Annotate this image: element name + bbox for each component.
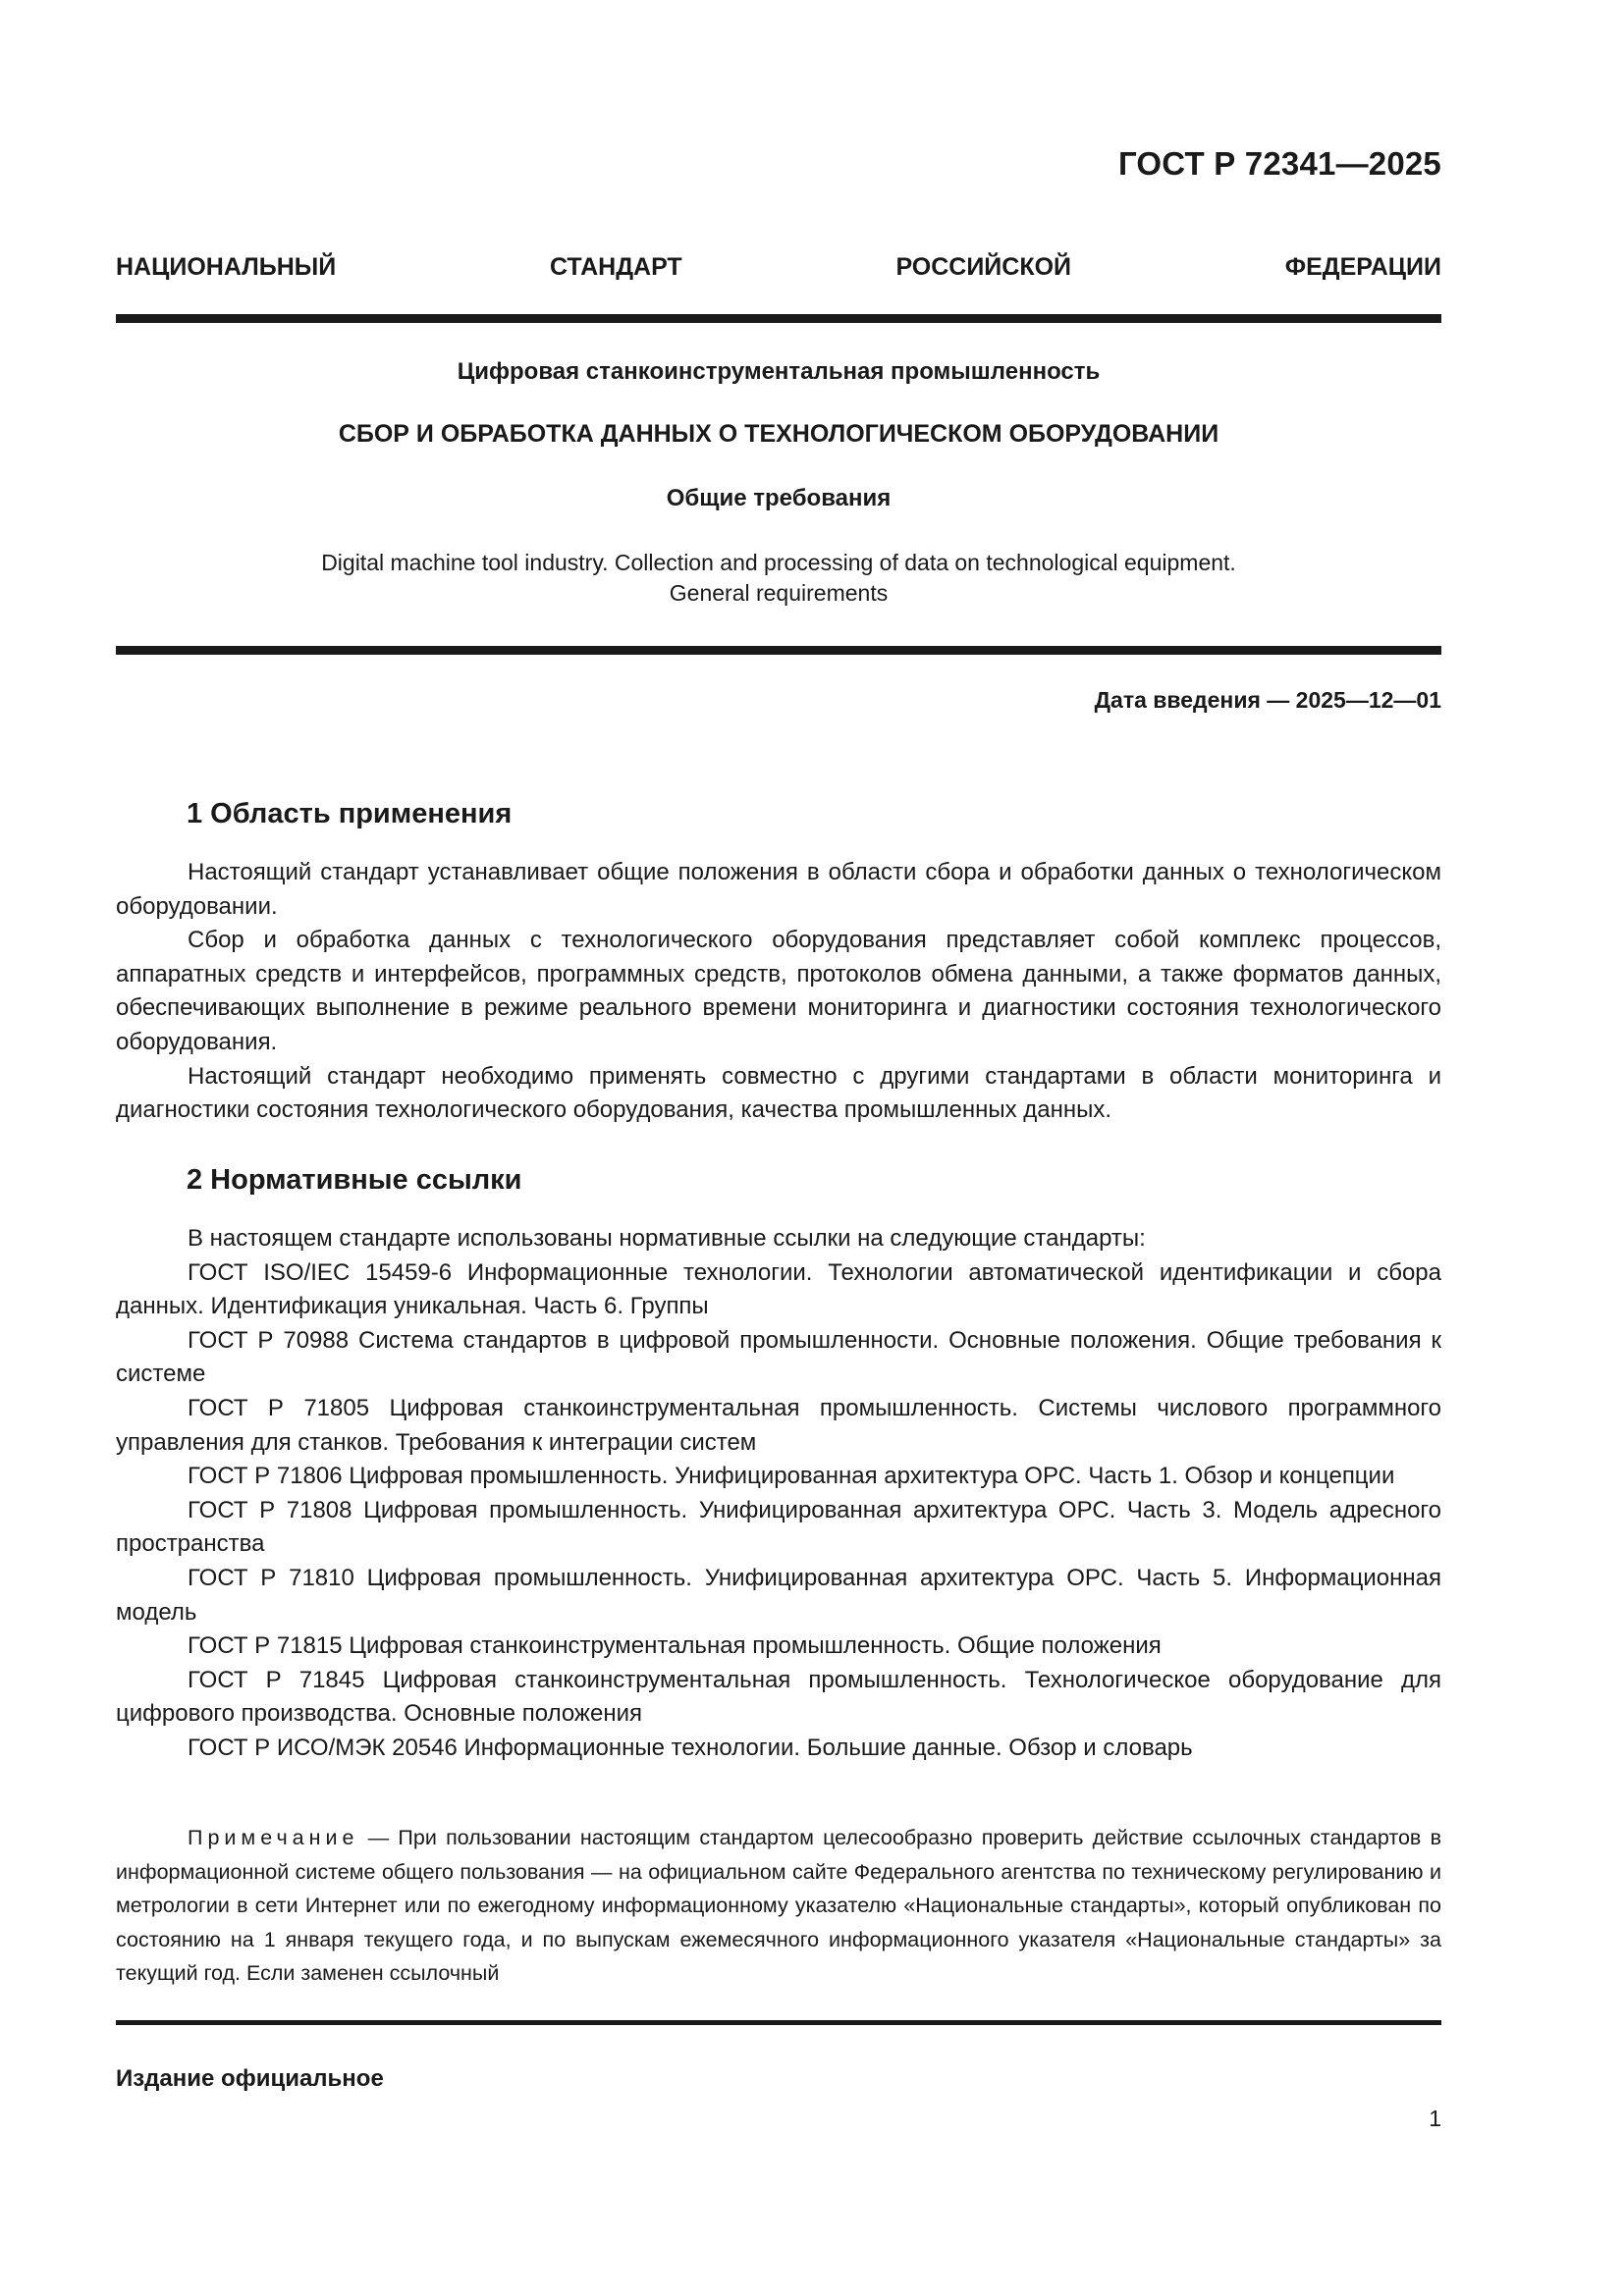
national-standard-banner: НАЦИОНАЛЬНЫЙ СТАНДАРТ РОССИЙСКОЙ ФЕДЕРАЦ… bbox=[116, 253, 1441, 282]
note-text: — При пользовании настоящим стандартом ц… bbox=[116, 1826, 1441, 1985]
english-title: Digital machine tool industry. Collectio… bbox=[116, 548, 1441, 609]
footer-divider bbox=[116, 2020, 1441, 2025]
introduction-date: Дата введения — 2025—12—01 bbox=[1095, 687, 1441, 714]
reference-item: ГОСТ Р 71845 Цифровая станкоинструментал… bbox=[116, 1664, 1441, 1732]
reference-item: ГОСТ Р 70988 Система стандартов в цифров… bbox=[116, 1324, 1441, 1392]
paragraph: Настоящий стандарт необходимо применять … bbox=[116, 1060, 1441, 1128]
section-2-body: В настоящем стандарте использованы норма… bbox=[116, 1222, 1441, 1766]
document-title: СБОР И ОБРАБОТКА ДАННЫХ О ТЕХНОЛОГИЧЕСКО… bbox=[116, 420, 1441, 449]
title-divider bbox=[116, 646, 1441, 655]
note-paragraph: Примечание — При пользовании настоящим с… bbox=[116, 1821, 1441, 1991]
english-title-line-2: General requirements bbox=[116, 578, 1441, 609]
reference-item: ГОСТ Р 71810 Цифровая промышленность. Ун… bbox=[116, 1562, 1441, 1629]
note-label: Примечание bbox=[188, 1826, 358, 1849]
note: Примечание — При пользовании настоящим с… bbox=[116, 1821, 1441, 1991]
page-number: 1 bbox=[1429, 2106, 1441, 2132]
title-requirements: Общие требования bbox=[116, 485, 1441, 512]
section-1-body: Настоящий стандарт устанавливает общие п… bbox=[116, 856, 1441, 1128]
reference-item: ГОСТ ISO/IEC 15459-6 Информационные техн… bbox=[116, 1256, 1441, 1324]
reference-item: ГОСТ Р 71815 Цифровая станкоинструментал… bbox=[116, 1629, 1441, 1664]
english-title-line-1: Digital machine tool industry. Collectio… bbox=[116, 548, 1441, 578]
paragraph: Сбор и обработка данных с технологическо… bbox=[116, 924, 1441, 1059]
top-divider bbox=[116, 314, 1441, 323]
reference-item: ГОСТ Р 71805 Цифровая станкоинструментал… bbox=[116, 1392, 1441, 1460]
document-code: ГОСТ Р 72341—2025 bbox=[1118, 145, 1441, 183]
reference-item: ГОСТ Р ИСО/МЭК 20546 Информационные техн… bbox=[116, 1732, 1441, 1766]
section-2-heading: 2 Нормативные ссылки bbox=[187, 1164, 522, 1197]
section-1-heading: 1 Область применения bbox=[187, 798, 512, 830]
subtitle: Цифровая станкоинструментальная промышле… bbox=[116, 358, 1441, 386]
paragraph: В настоящем стандарте использованы норма… bbox=[116, 1222, 1441, 1256]
reference-item: ГОСТ Р 71806 Цифровая промышленность. Ун… bbox=[116, 1460, 1441, 1494]
reference-item: ГОСТ Р 71808 Цифровая промышленность. Ун… bbox=[116, 1494, 1441, 1562]
official-edition-label: Издание официальное bbox=[116, 2065, 384, 2093]
paragraph: Настоящий стандарт устанавливает общие п… bbox=[116, 856, 1441, 924]
